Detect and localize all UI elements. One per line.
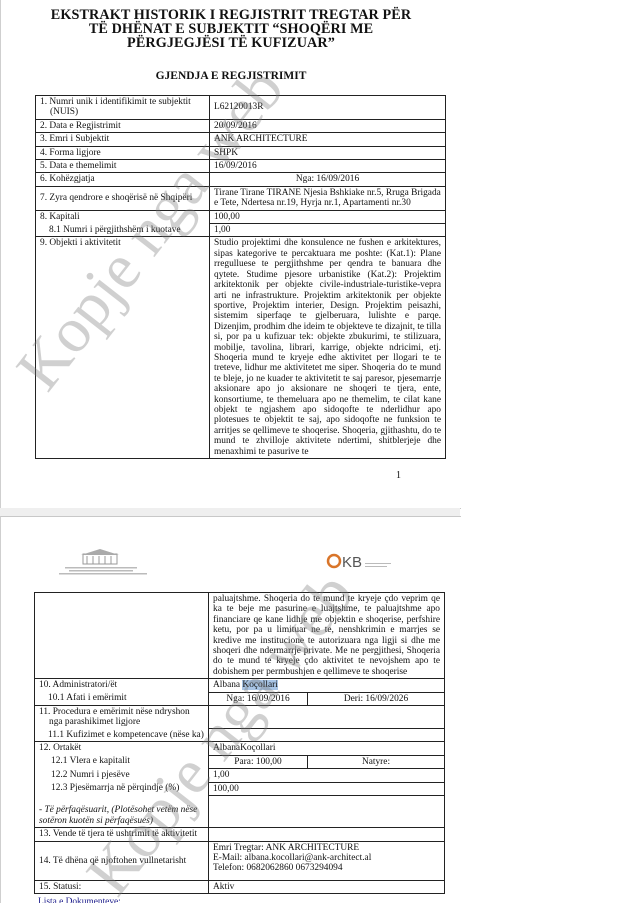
row-label: 15. Statusi: <box>35 880 209 893</box>
administrator-first-name: Albana <box>213 680 242 690</box>
ministry-crest-logo-icon <box>55 548 155 578</box>
status-value: Aktiv <box>209 880 445 893</box>
table-row-duration: 6. Kohëzgjatja Nga: 16/09/2016 <box>36 173 446 186</box>
table-row-appointment-procedure: 11. Procedura e emërimit nëse ndryshon n… <box>35 706 445 729</box>
svg-text:KB: KB <box>342 554 362 571</box>
activity-object-continued-value: paluajtshme. Shoqeria do te mund te krye… <box>209 593 445 679</box>
table-row-registration-date: 2. Data e Regjistrimit 20/09/2016 <box>36 119 446 132</box>
row-label: 9. Objekti i aktivitetit <box>36 237 210 459</box>
table-row-administrators: 10. Administratori/ët Albana Koçollari <box>35 679 445 692</box>
row-label: 7. Zyra qendrore e shoqërisë në Shqipëri <box>36 186 210 210</box>
row-label: 10. Administratori/ët <box>35 679 209 692</box>
row-label: 11.1 Kufizimet e kompetencave (nëse ka) <box>35 729 209 742</box>
appointment-procedure-value <box>209 706 445 729</box>
appointment-to-value: Deri: 16/09/2026 <box>308 692 445 705</box>
registry-table-page-2: paluajtshme. Shoqeria do te mund te krye… <box>34 592 445 894</box>
table-row-representatives: - Të përfaqësuarit, (Plotësohet vetëm në… <box>35 795 445 827</box>
document-title: EKSTRAKT HISTORIK I REGJISTRIT TREGTAR P… <box>41 8 421 50</box>
table-row-share-percentage: 12.3 Pjesëmarrja në përqindje (%) 100,00 <box>35 782 445 795</box>
table-row-number-of-shares: 12.2 Numri i pjesëve 1,00 <box>35 769 445 782</box>
duration-value: Nga: 16/09/2016 <box>210 173 446 186</box>
administrator-last-name-selected[interactable]: Koçollari <box>242 680 277 690</box>
row-label: 8. Kapitali <box>36 210 210 223</box>
nuis-value: L62120013R <box>210 96 446 120</box>
capital-value: 100,00 <box>210 210 446 223</box>
table-row-activity-object: 9. Objekti i aktivitetit Studio projekti… <box>36 237 446 459</box>
total-quotas-value: 1,00 <box>210 224 446 237</box>
row-label: - Të përfaqësuarit, (Plotësohet vetëm në… <box>35 795 209 827</box>
activity-object-value: Studio projektimi dhe konsulence ne fush… <box>210 237 446 459</box>
row-label: 12.1 Vlera e kapitalit <box>35 755 209 768</box>
legal-form-value: SHPK <box>210 146 446 159</box>
row-label: 4. Forma ligjore <box>36 146 210 159</box>
headquarters-value: Tirane Tirane TIRANE Njesia Bshkiake nr.… <box>210 186 446 210</box>
number-of-shares-value: 1,00 <box>209 769 445 782</box>
representatives-value <box>209 795 445 827</box>
share-percentage-value: 100,00 <box>209 782 445 795</box>
okb-logo-icon: KB <box>325 550 395 575</box>
row-label: 1. Numri unik i identifikimit te subjekt… <box>36 96 210 120</box>
capital-cash-value: Para: 100,00 <box>209 755 308 768</box>
page-separator <box>0 508 460 516</box>
table-row-appointment-term: 10.1 Afati i emërimit Nga: 16/09/2016 De… <box>35 692 445 705</box>
table-row-activity-object-continued: paluajtshme. Shoqeria do te mund te krye… <box>35 593 445 679</box>
table-row-status: 15. Statusi: Aktiv <box>35 880 445 893</box>
administrators-value: Albana Koçollari <box>209 679 445 692</box>
row-label: 3. Emri i Subjektit <box>36 133 210 146</box>
row-label: 12. Ortakët <box>35 742 209 755</box>
trade-name-line: Emri Tregtar: ANK ARCHITECTURE <box>213 843 440 853</box>
row-label: 8.1 Numri i përgjithshëm i kuotave <box>36 224 210 237</box>
table-row-other-locations: 13. Vende të tjera të ushtrimit të aktiv… <box>35 828 445 841</box>
row-label: 14. Të dhëna që njoftohen vullnetarisht <box>35 841 209 880</box>
table-row-capital-value: 12.1 Vlera e kapitalit Para: 100,00 Naty… <box>35 755 445 768</box>
row-label: 12.2 Numri i pjesëve <box>35 769 209 782</box>
page-number: 1 <box>396 470 401 481</box>
registry-table-page-1: 1. Numri unik i identifikimit te subjekt… <box>35 95 446 459</box>
row-label: 5. Data e themelimit <box>36 160 210 173</box>
appointment-from-value: Nga: 16/09/2016 <box>209 692 308 705</box>
documents-list-label: Lista e Dokumenteve: <box>38 897 121 903</box>
other-locations-value <box>209 828 445 841</box>
row-label: 11. Procedura e emërimit nëse ndryshon n… <box>35 706 209 729</box>
voluntary-data-value: Emri Tregtar: ANK ARCHITECTURE E-Mail: a… <box>209 841 445 880</box>
registration-date-value: 20/09/2016 <box>210 119 446 132</box>
competence-limits-value <box>209 729 445 742</box>
row-label-empty <box>35 593 209 679</box>
table-row-legal-form: 4. Forma ligjore SHPK <box>36 146 446 159</box>
table-row-nuis: 1. Numri unik i identifikimit te subjekt… <box>36 96 446 120</box>
table-row-partners: 12. Ortakët AlbanaKoçollari <box>35 742 445 755</box>
row-label: 10.1 Afati i emërimit <box>35 692 209 705</box>
document-page-1: EKSTRAKT HISTORIK I REGJISTRIT TREGTAR P… <box>0 0 461 509</box>
row-label: 13. Vende të tjera të ushtrimit të aktiv… <box>35 828 209 841</box>
table-row-total-quotas: 8.1 Numri i përgjithshëm i kuotave 1,00 <box>36 224 446 237</box>
row-label: 6. Kohëzgjatja <box>36 173 210 186</box>
document-subtitle: GJENDJA E REGJISTRIMIT <box>41 70 421 82</box>
table-row-competence-limits: 11.1 Kufizimet e kompetencave (nëse ka) <box>35 729 445 742</box>
partners-value: AlbanaKoçollari <box>209 742 445 755</box>
row-label: 12.3 Pjesëmarrja në përqindje (%) <box>35 782 209 795</box>
phone-line: Telefon: 0682062860 0673294094 <box>213 863 440 873</box>
table-row-subject-name: 3. Emri i Subjektit ANK ARCHITECTURE <box>36 133 446 146</box>
capital-in-kind-value: Natyre: <box>308 755 445 768</box>
email-line: E-Mail: albana.kocollari@ank-architect.a… <box>213 853 440 863</box>
table-row-founding-date: 5. Data e themelimit 16/09/2016 <box>36 160 446 173</box>
table-row-capital: 8. Kapitali 100,00 <box>36 210 446 223</box>
table-row-headquarters: 7. Zyra qendrore e shoqërisë në Shqipëri… <box>36 186 446 210</box>
founding-date-value: 16/09/2016 <box>210 160 446 173</box>
row-label: 2. Data e Regjistrimit <box>36 119 210 132</box>
table-row-voluntary-data: 14. Të dhëna që njoftohen vullnetarisht … <box>35 841 445 880</box>
subject-name-value: ANK ARCHITECTURE <box>210 133 446 146</box>
